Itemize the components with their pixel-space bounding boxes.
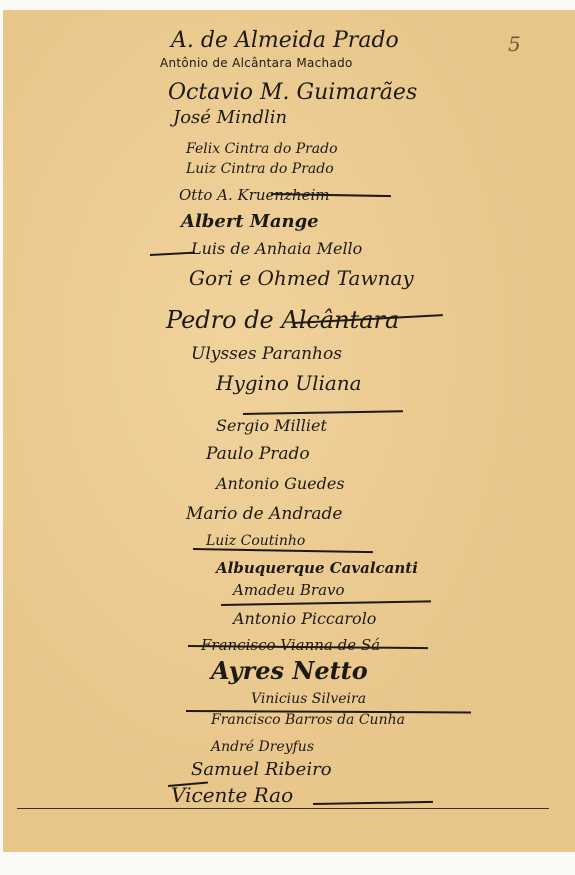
signature: Antonio Guedes	[216, 474, 345, 493]
signature: Albert Mange	[181, 211, 319, 232]
signature: Samuel Ribeiro	[191, 759, 332, 780]
signature: Hygino Uliana	[216, 371, 362, 395]
signature: José Mindlin	[173, 107, 287, 128]
signature: Pedro de Alcântara	[166, 306, 399, 334]
signature: Amadeu Bravo	[233, 581, 345, 599]
signature: Sergio Milliet	[216, 416, 327, 435]
document-page: 5 A. de Almeida Prado Antônio de Alcânta…	[3, 10, 575, 852]
bottom-rule	[17, 808, 549, 809]
page-number: 5	[508, 32, 521, 56]
signature: Antônio de Alcântara Machado	[160, 56, 353, 70]
signature: Luiz Cintra do Prado	[186, 161, 334, 177]
signature: Mario de Andrade	[186, 504, 342, 524]
signature: Albuquerque Cavalcanti	[216, 559, 418, 577]
signature: Octavio M. Guimarães	[168, 80, 417, 105]
signature: Gori e Ohmed Tawnay	[189, 266, 414, 290]
signature: André Dreyfus	[211, 739, 314, 755]
signature: Vinicius Silveira	[251, 691, 366, 707]
signature: Paulo Prado	[206, 444, 310, 464]
signature: Vicente Rao	[171, 783, 293, 807]
signature: Ayres Netto	[211, 656, 368, 685]
signature: Ulysses Paranhos	[191, 344, 342, 364]
signature: Luiz Coutinho	[206, 533, 305, 549]
signature: Francisco Barros da Cunha	[211, 712, 405, 728]
signature: Felix Cintra do Prado	[186, 141, 338, 157]
signature: Francisco Vianna de Sá	[201, 636, 380, 654]
signature: A. de Almeida Prado	[171, 28, 399, 53]
signature: Luis de Anhaia Mello	[191, 239, 362, 258]
signature: Antonio Piccarolo	[233, 609, 376, 628]
